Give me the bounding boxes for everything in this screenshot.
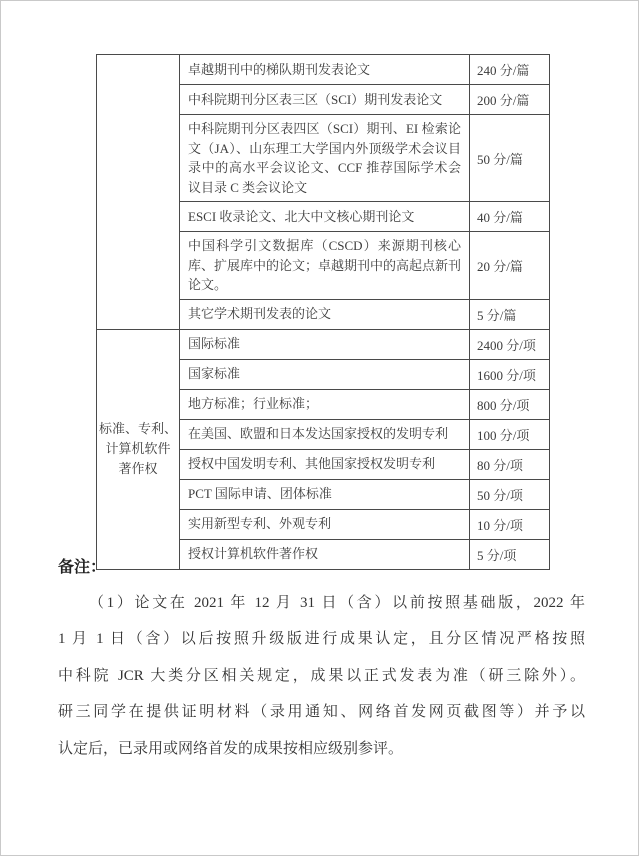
score-cell: 1600 分/项 — [470, 359, 550, 389]
score-cell: 20 分/篇 — [470, 232, 550, 300]
table-row: 标准、专利、 计算机软件 著作权国际标准2400 分/项 — [97, 329, 550, 359]
score-cell: 240 分/篇 — [470, 55, 550, 85]
achievement-cell: 国际标准 — [180, 329, 470, 359]
category-cell — [97, 55, 180, 330]
achievement-cell: ESCI 收录论文、北大中文核心期刊论文 — [180, 202, 470, 232]
score-cell: 40 分/篇 — [470, 202, 550, 232]
score-table-body: 卓越期刊中的梯队期刊发表论文240 分/篇中科院期刊分区表三区（SCI）期刊发表… — [97, 55, 550, 570]
achievement-cell: 地方标准；行业标准； — [180, 389, 470, 419]
table-row: 卓越期刊中的梯队期刊发表论文240 分/篇 — [97, 55, 550, 85]
achievement-cell: PCT 国际申请、团体标准 — [180, 479, 470, 509]
score-cell: 50 分/项 — [470, 479, 550, 509]
note-line: 中科院 JCR 大类分区相关规定，成果以正式发表为准（研三除外）。 — [58, 658, 585, 694]
score-cell: 80 分/项 — [470, 449, 550, 479]
score-cell: 800 分/项 — [470, 389, 550, 419]
achievement-cell: 在美国、欧盟和日本发达国家授权的发明专利 — [180, 419, 470, 449]
note-line: （1）论文在 2021 年 12 月 31 日（含）以前按照基础版，2022 年 — [58, 585, 585, 621]
score-cell: 10 分/项 — [470, 509, 550, 539]
notes-paragraph: （1）论文在 2021 年 12 月 31 日（含）以前按照基础版，2022 年… — [58, 585, 585, 767]
achievement-cell: 卓越期刊中的梯队期刊发表论文 — [180, 55, 470, 85]
note-line: 研三同学在提供证明材料（录用通知、网络首发网页截图等）并予以 — [58, 694, 585, 730]
score-table: 卓越期刊中的梯队期刊发表论文240 分/篇中科院期刊分区表三区（SCI）期刊发表… — [96, 54, 550, 570]
notes-section: 备注： （1）论文在 2021 年 12 月 31 日（含）以前按照基础版，20… — [58, 558, 585, 767]
category-cell: 标准、专利、 计算机软件 著作权 — [97, 329, 180, 569]
score-cell: 100 分/项 — [470, 419, 550, 449]
note-line: 1 月 1 日（含）以后按照升级版进行成果认定，且分区情况严格按照 — [58, 621, 585, 657]
notes-label: 备注： — [58, 558, 585, 578]
score-cell: 5 分/篇 — [470, 299, 550, 329]
score-cell: 2400 分/项 — [470, 329, 550, 359]
score-cell: 200 分/篇 — [470, 85, 550, 115]
achievement-cell: 国家标准 — [180, 359, 470, 389]
achievement-cell: 中科院期刊分区表三区（SCI）期刊发表论文 — [180, 85, 470, 115]
document-page: 卓越期刊中的梯队期刊发表论文240 分/篇中科院期刊分区表三区（SCI）期刊发表… — [0, 0, 639, 856]
achievement-cell: 中科院期刊分区表四区（SCI）期刊、EI 检索论文（JA）、山东理工大学国内外顶… — [180, 115, 470, 202]
achievement-cell: 实用新型专利、外观专利 — [180, 509, 470, 539]
note-line: 认定后，已录用或网络首发的成果按相应级别参评。 — [58, 731, 585, 767]
achievement-cell: 中国科学引文数据库（CSCD）来源期刊核心库、扩展库中的论文；卓越期刊中的高起点… — [180, 232, 470, 300]
achievement-cell: 授权中国发明专利、其他国家授权发明专利 — [180, 449, 470, 479]
score-cell: 50 分/篇 — [470, 115, 550, 202]
achievement-cell: 其它学术期刊发表的论文 — [180, 299, 470, 329]
